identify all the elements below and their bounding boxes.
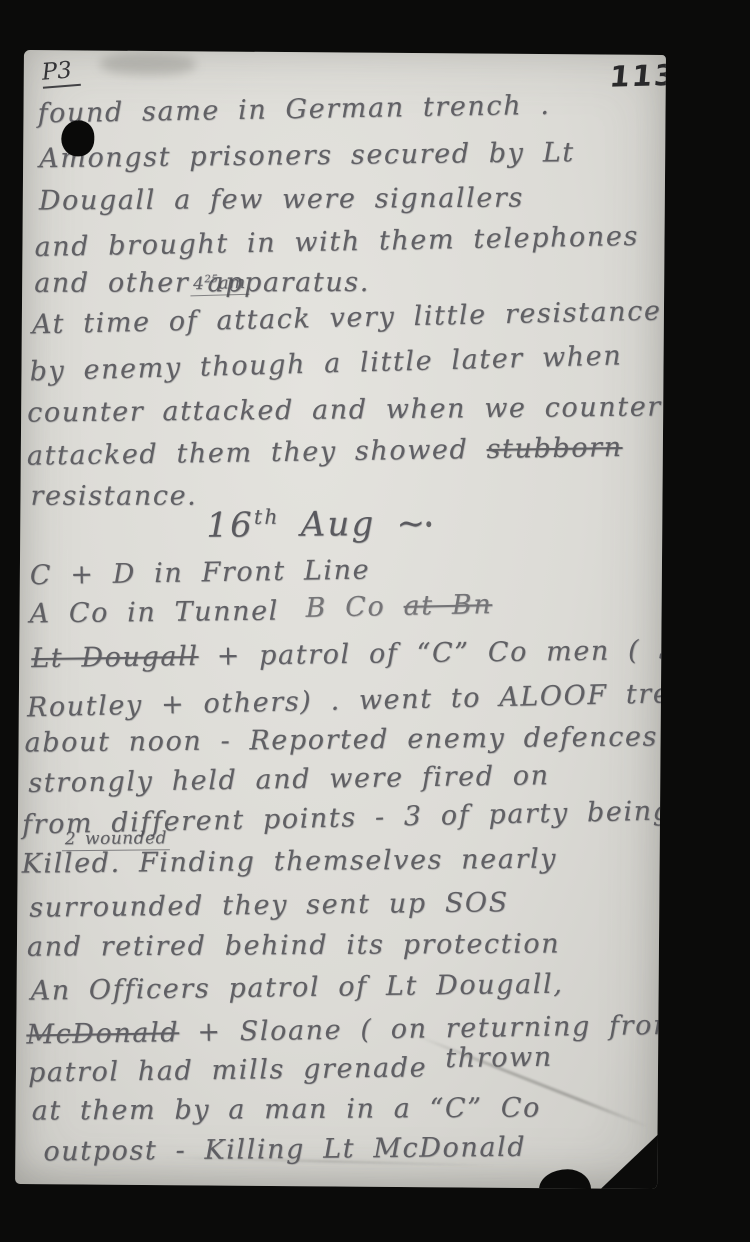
line-little-later: by enemy though a little later when bbox=[29, 340, 622, 388]
torn-corner bbox=[600, 1134, 658, 1189]
line-telephones: and brought in with them telephones bbox=[34, 221, 639, 264]
punch-hole bbox=[61, 120, 94, 156]
date-heading: 16th Aug ~ bbox=[206, 503, 427, 546]
line-counter-attacked: counter attacked and when we counter bbox=[27, 391, 662, 429]
line-killed-finding: Killed. Finding themselves nearly bbox=[21, 844, 557, 882]
date-flourish: ~ bbox=[396, 504, 427, 544]
line-strongly-held: strongly held and were fired on bbox=[28, 760, 550, 800]
torn-edge-bump bbox=[539, 1169, 591, 1189]
line-dougall-patrol: Lt Dougall + patrol of “C” Co men ( Sgt bbox=[31, 634, 666, 675]
page-number: 113 bbox=[608, 58, 666, 94]
line-sent-up-sos: surrounded they sent up SOS bbox=[29, 887, 509, 925]
paper-smudge bbox=[100, 53, 196, 76]
line-a-co-tunnel: A Co in Tunnel bbox=[29, 596, 279, 631]
finding-text: Finding themselves nearly bbox=[139, 844, 557, 879]
line-officers-patrol: An Officers patrol of Lt Dougall, bbox=[30, 969, 563, 1008]
struck-name-lt-dougall: Lt Dougall bbox=[31, 641, 199, 674]
line-b-co-struck: B Co at Bn bbox=[305, 589, 492, 625]
line-front-line: C + D in Front Line bbox=[30, 555, 371, 593]
line-routley-aloof: Routley + others) . went to ALOOF trench bbox=[27, 677, 666, 725]
killed-text: Killed. bbox=[21, 848, 120, 880]
struck-word-stubborn: stubborn bbox=[486, 432, 622, 465]
b-co-text: B Co bbox=[305, 591, 385, 624]
page-code: P3 bbox=[41, 57, 81, 89]
time-minutes: 25 bbox=[204, 274, 218, 285]
line-signallers: Dougall a few were signallers bbox=[39, 183, 524, 218]
line-showed-text: attacked them they showed bbox=[27, 434, 469, 472]
time-of-attack-note: 425am bbox=[190, 273, 249, 297]
line-showed-stubborn: attacked them they showed stubborn bbox=[27, 432, 623, 473]
line-resistance: resistance. bbox=[30, 481, 197, 514]
diary-page: P3 113 found same in German trench . Amo… bbox=[15, 50, 666, 1189]
date-day: 16 bbox=[206, 505, 254, 545]
line-about-noon: about noon - Reported enemy defences bbox=[24, 721, 658, 759]
line-man-in-c-co: at them by a man in a “C” Co bbox=[32, 1093, 541, 1129]
line-retired-protection: and retired behind its protection bbox=[27, 929, 560, 965]
struck-words-at-bn: at Bn bbox=[403, 589, 492, 622]
ink-dot bbox=[426, 521, 431, 527]
time-meridiem: am bbox=[218, 273, 246, 294]
photo-background: P3 113 found same in German trench . Amo… bbox=[0, 0, 750, 1242]
line-little-resistance: At time of attack very little resistance bbox=[32, 296, 662, 342]
date-month: Aug bbox=[301, 504, 376, 545]
mills-grenade-text: patrol had mills grenade bbox=[28, 1052, 428, 1088]
patrol-of-c-co: + patrol of “C” Co men ( Sgt bbox=[217, 634, 666, 671]
line-german-trench: found same in German trench . bbox=[37, 90, 550, 131]
struck-name-mcdonald: McDonald bbox=[26, 1017, 179, 1050]
line-prisoners-secured: Amongst prisoners secured by Lt bbox=[39, 137, 575, 175]
date-ordinal: th bbox=[254, 505, 280, 529]
line-mcdonald-sloane: McDonald + Sloane ( on returning from bbox=[26, 1010, 666, 1052]
